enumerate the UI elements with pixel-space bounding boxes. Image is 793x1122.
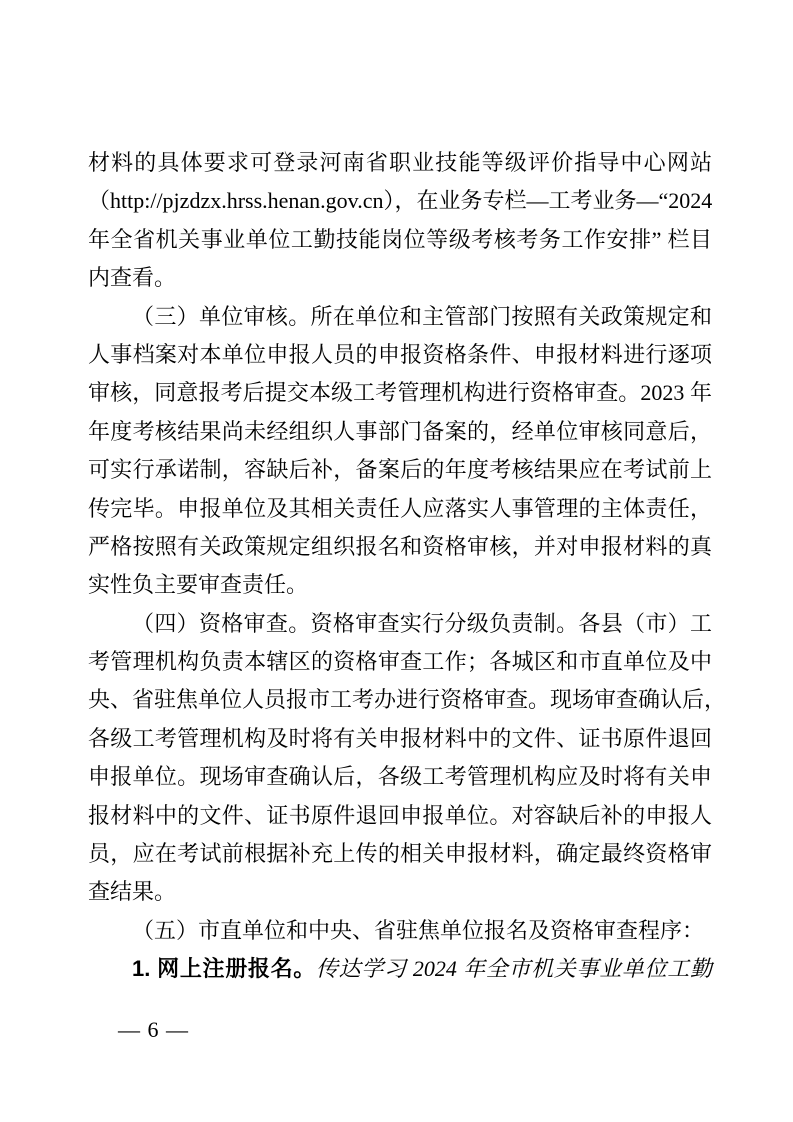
text-line: 年全省机关事业单位工勤技能岗位等级考核考务工作安排” 栏目 — [88, 221, 712, 259]
text-line: 材料的具体要求可登录河南省职业技能等级评价指导中心网站 — [88, 144, 712, 182]
document-page: 材料的具体要求可登录河南省职业技能等级评价指导中心网站（http://pjzdz… — [0, 0, 793, 1122]
text-line: 央、省驻焦单位人员报市工考办进行资格审查。现场审查确认后， — [88, 681, 712, 719]
bold-heading-run: 1. 网上注册报名。 — [132, 956, 316, 981]
text-line: 报材料中的文件、证书原件退回申报单位。对容缺后补的申报人 — [88, 797, 712, 835]
text-line: 审核，同意报考后提交本级工考管理机构进行资格审查。2023 年 — [88, 374, 712, 412]
text-line: 实性负主要审查责任。 — [88, 566, 712, 604]
text-line: （四）资格审查。资格审查实行分级负责制。各县（市）工 — [88, 605, 712, 643]
text-line: （三）单位审核。所在单位和主管部门按照有关政策规定和 — [88, 298, 712, 336]
text-line: 传完毕。申报单位及其相关责任人应落实人事管理的主体责任， — [88, 490, 712, 528]
text-line: 年度考核结果尚未经组织人事部门备案的，经单位审核同意后， — [88, 413, 712, 451]
page-number: — 6 — — [118, 1016, 189, 1044]
text-line: 人事档案对本单位申报人员的申报资格条件、申报材料进行逐项 — [88, 336, 712, 374]
document-body: 材料的具体要求可登录河南省职业技能等级评价指导中心网站（http://pjzdz… — [88, 144, 712, 989]
text-line: 严格按照有关政策规定组织报名和资格审核，并对申报材料的真 — [88, 528, 712, 566]
text-line: 内查看。 — [88, 259, 712, 297]
text-line: 员，应在考试前根据补充上传的相关申报材料，确定最终资格审 — [88, 835, 712, 873]
text-line: 各级工考管理机构及时将有关申报材料中的文件、证书原件退回 — [88, 720, 712, 758]
kaiti-text-run: 传达学习 2024 年全市机关事业单位工勤 — [316, 956, 712, 981]
text-line: （五）市直单位和中央、省驻焦单位报名及资格审查程序： — [88, 912, 712, 950]
text-line: （http://pjzdzx.hrss.henan.gov.cn），在业务专栏—… — [88, 182, 712, 220]
text-line: 申报单位。现场审查确认后，各级工考管理机构应及时将有关申 — [88, 758, 712, 796]
text-line: 查结果。 — [88, 873, 712, 911]
text-line: 1. 网上注册报名。传达学习 2024 年全市机关事业单位工勤 — [88, 950, 712, 988]
text-line: 可实行承诺制，容缺后补，备案后的年度考核结果应在考试前上 — [88, 451, 712, 489]
text-line: 考管理机构负责本辖区的资格审查工作；各城区和市直单位及中 — [88, 643, 712, 681]
